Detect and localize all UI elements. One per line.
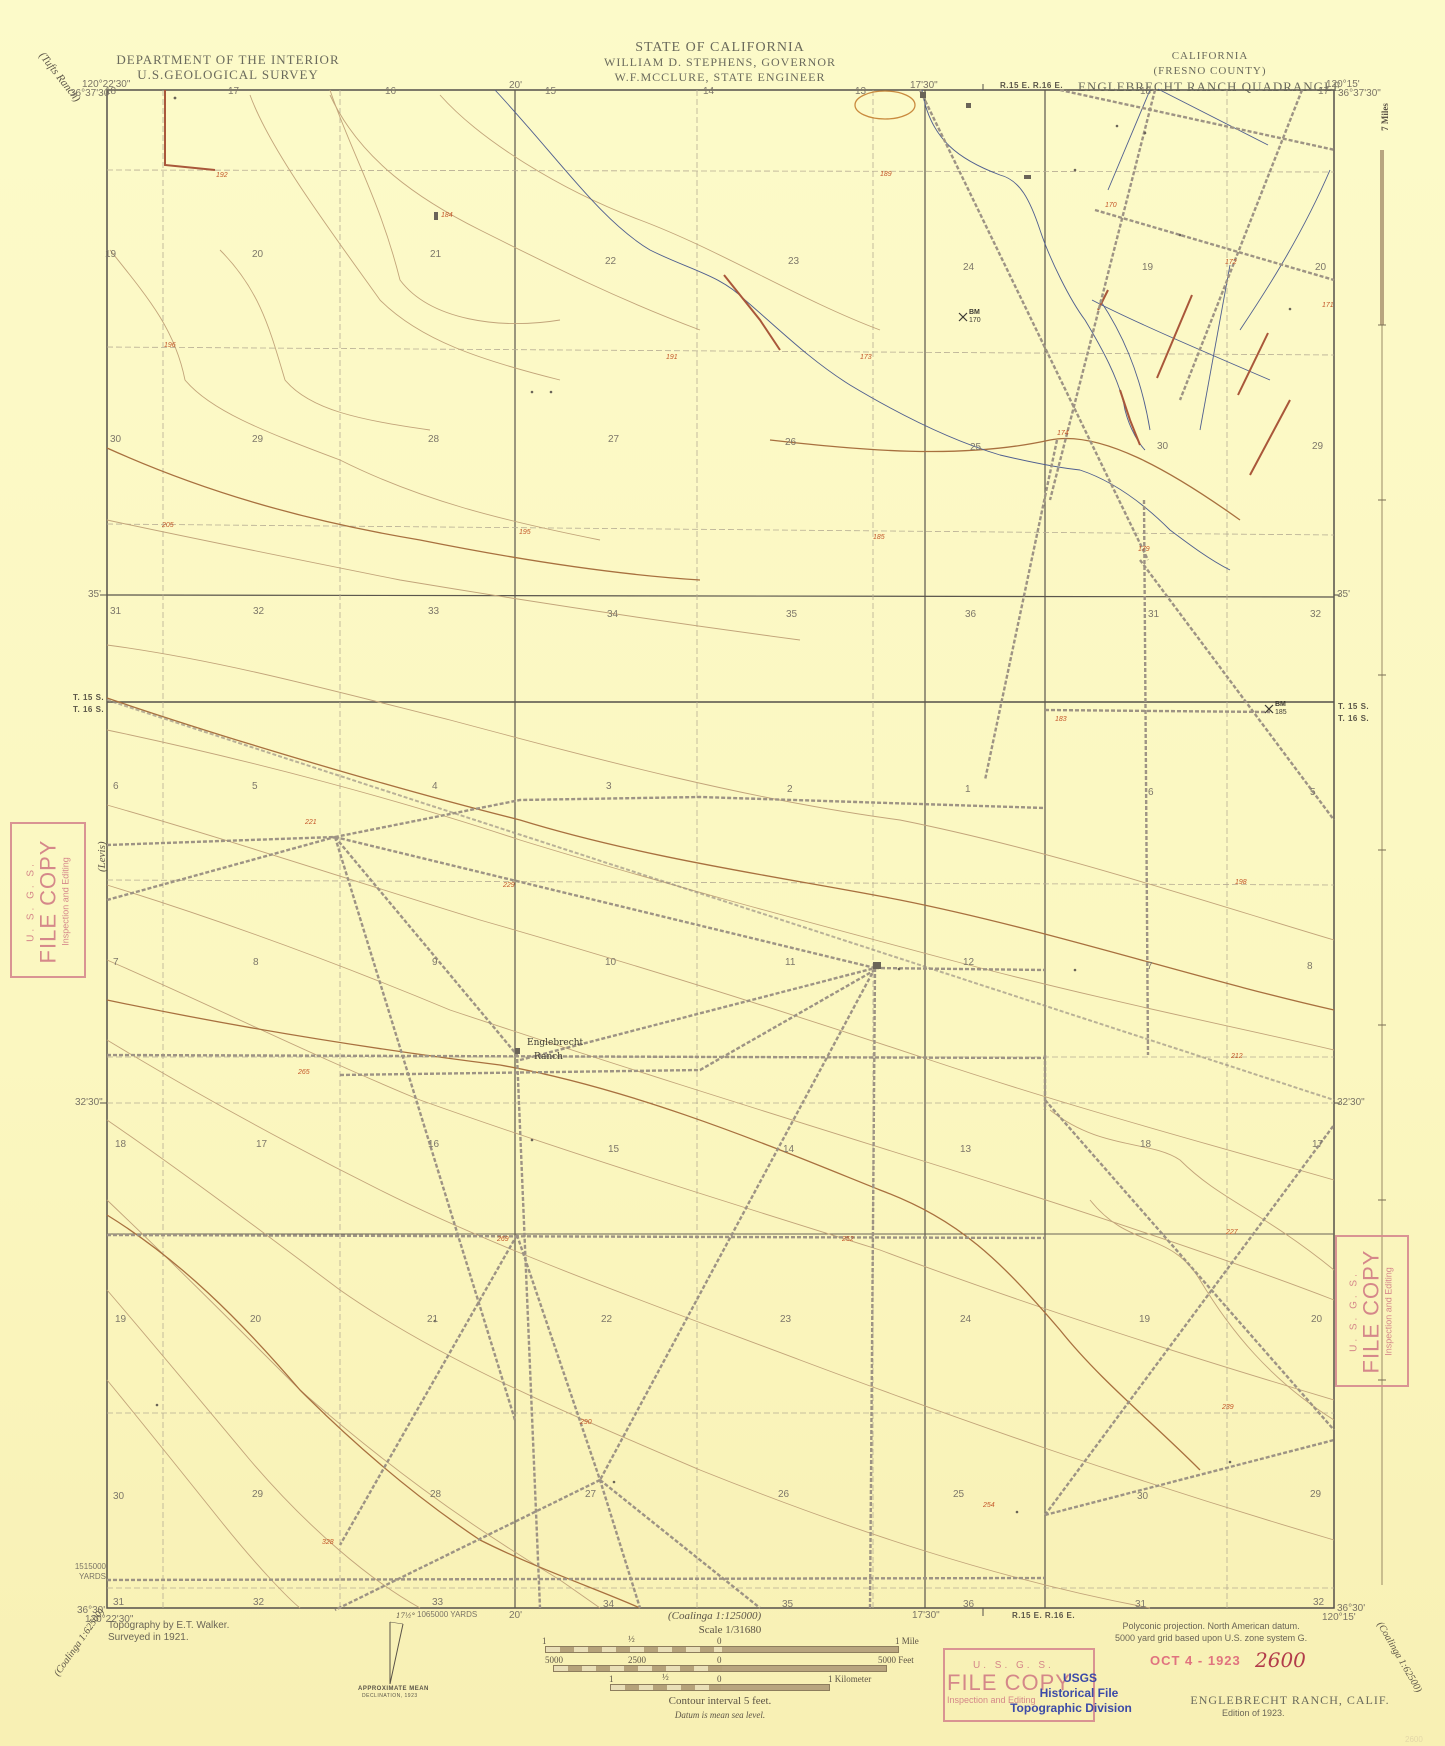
top-tick-20: 20' <box>509 80 522 91</box>
left-tick-35: 35' <box>88 589 101 600</box>
section-number: 16 <box>385 86 396 97</box>
projection-note: Polyconic projection. North American dat… <box>1115 1620 1307 1644</box>
stamp-inspection-text: Inspection and Editing <box>61 826 71 978</box>
se-longitude: 120°15' <box>1322 1612 1356 1623</box>
side-scale-label: 7 Miles <box>1380 103 1390 131</box>
section-number: 4 <box>432 781 438 792</box>
section-number: 12 <box>963 957 974 968</box>
section-number: 13 <box>960 1144 971 1155</box>
section-number: 30 <box>1157 441 1168 452</box>
spot-elevation: 265 <box>298 1069 310 1076</box>
section-number: 23 <box>788 256 799 267</box>
right-tick-35: 35' <box>1337 589 1350 600</box>
top-tick-17-30: 17'30" <box>910 80 938 91</box>
benchmark: BM170 <box>969 309 981 325</box>
section-number: 17 <box>256 1139 267 1150</box>
ne-latitude: 36°37'30" <box>1338 88 1381 99</box>
spot-elevation: 221 <box>305 819 317 826</box>
section-number: 7 <box>1147 961 1153 972</box>
section-number: 7 <box>113 957 119 968</box>
section-number: 3 <box>606 781 612 792</box>
header-governor: WILLIAM D. STEPHENS, GOVERNOR <box>585 55 855 70</box>
section-number: 14 <box>703 86 714 97</box>
contour-interval: Contour interval 5 feet. <box>600 1695 840 1707</box>
section-number: 27 <box>608 434 619 445</box>
spot-elevation: 227 <box>1226 1229 1238 1236</box>
section-number: 29 <box>252 434 263 445</box>
range-bottom: R.15 E. R.16 E. <box>1012 1611 1075 1620</box>
section-number: 20 <box>1311 1314 1322 1325</box>
spot-elevation: 290 <box>580 1419 592 1426</box>
declination-caption-2: DECLINATION, 1923 <box>362 1693 418 1699</box>
section-number: 20 <box>250 1314 261 1325</box>
section-number: 25 <box>953 1489 964 1500</box>
spot-elevation: 170 <box>1105 202 1117 209</box>
section-number: 33 <box>432 1597 443 1608</box>
spot-elevation: 239 <box>1222 1404 1234 1411</box>
spot-elevation: 252 <box>842 1236 854 1243</box>
left-tick-32-30: 32'30" <box>75 1097 103 1108</box>
section-number: 19 <box>1139 1314 1150 1325</box>
benchmark: BM185 <box>1275 701 1287 717</box>
section-number: 24 <box>963 262 974 273</box>
township-right-15: T. 15 S. <box>1338 702 1369 711</box>
section-number: 27 <box>585 1489 596 1500</box>
section-number: 32 <box>253 606 264 617</box>
credit-surveyed: Surveyed in 1921. <box>108 1632 229 1644</box>
township-right-16: T. 16 S. <box>1338 714 1369 723</box>
spot-elevation: 195 <box>519 529 531 536</box>
feet-left: 5000 <box>545 1655 563 1665</box>
section-number: 32 <box>1313 1597 1324 1608</box>
section-number: 18 <box>115 1139 126 1150</box>
faint-sheet-number: 2600 <box>1405 1735 1423 1744</box>
feet-right: 5000 Feet <box>878 1655 914 1665</box>
section-number: 29 <box>1312 441 1323 452</box>
grid-label-left: 1515000 YARDS <box>72 1562 106 1582</box>
spot-elevation: 183 <box>1055 716 1067 723</box>
file-copy-stamp-right: U. S. G. S. FILE COPY Inspection and Edi… <box>1335 1235 1409 1387</box>
spot-elevation: 172 <box>1225 259 1237 266</box>
section-number: 14 <box>783 1144 794 1155</box>
section-number: 6 <box>1148 787 1154 798</box>
section-number: 15 <box>545 86 556 97</box>
section-number: 8 <box>253 957 259 968</box>
section-number: 15 <box>608 1144 619 1155</box>
section-number: 36 <box>963 1599 974 1610</box>
township-left-15: T. 15 S. <box>73 693 104 702</box>
section-number: 30 <box>113 1491 124 1502</box>
section-number: 21 <box>430 249 441 260</box>
spot-elevation: 192 <box>216 172 228 179</box>
spot-elevation: 269 <box>497 1236 509 1243</box>
quadrangle-title: ENGLEBRECHT RANCH QUADRANGLE <box>1060 79 1360 94</box>
header-left: DEPARTMENT OF THE INTERIOR U.S.GEOLOGICA… <box>108 52 348 82</box>
bottom-tick-20: 20' <box>509 1610 522 1621</box>
section-number: 29 <box>1310 1489 1321 1500</box>
historical-file-stamp: USGS Historical File Topographic Divisio… <box>1006 1671 1136 1716</box>
section-number: 18 <box>1140 1139 1151 1150</box>
section-number: 16 <box>428 1139 439 1150</box>
spot-elevation: 229 <box>503 882 515 889</box>
section-number: 2 <box>787 784 793 795</box>
section-number: 9 <box>432 957 438 968</box>
spot-elevation: 179 <box>1138 546 1150 553</box>
section-number: 24 <box>960 1314 971 1325</box>
bottom-tick-17-30: 17'30" <box>912 1610 940 1621</box>
spot-elevation: 174 <box>1057 430 1069 437</box>
stamp-file-copy-text: FILE COPY <box>37 826 61 978</box>
sheet-title: ENGLEBRECHT RANCH, CALIF. <box>1175 1693 1405 1708</box>
header-county: (FRESNO COUNTY) <box>1060 64 1360 79</box>
scale-bar-miles <box>545 1646 899 1653</box>
section-number: 31 <box>1135 1599 1146 1610</box>
datum-note: Datum is mean sea level. <box>600 1710 840 1720</box>
historical-stamp-file: Historical File <box>1006 1686 1136 1701</box>
file-copy-stamp-left: U. S. G. S. FILE COPY Inspection and Edi… <box>10 822 86 978</box>
header-state: STATE OF CALIFORNIA <box>585 40 855 55</box>
scale-title: Scale 1/31680 <box>530 1624 930 1636</box>
header-state-right: CALIFORNIA <box>1060 49 1360 64</box>
section-number: 1 <box>965 784 971 795</box>
declination-angle: 17½° <box>396 1612 415 1620</box>
section-number: 13 <box>855 86 866 97</box>
miles-left: 1 <box>542 1636 547 1646</box>
section-number: 8 <box>1307 961 1313 972</box>
adjacent-sheet-south: (Coalinga 1:125000) <box>668 1610 761 1622</box>
credit-topography: Topography by E.T. Walker. <box>108 1620 229 1632</box>
projection-line-2: 5000 yard grid based upon U.S. zone syst… <box>1115 1632 1307 1644</box>
section-number: 33 <box>428 606 439 617</box>
header-right: CALIFORNIA (FRESNO COUNTY) ENGLEBRECHT R… <box>1060 49 1360 94</box>
township-left-16: T. 16 S. <box>73 705 104 714</box>
historical-stamp-division: Topographic Division <box>1006 1701 1136 1716</box>
section-number: 20 <box>1315 262 1326 273</box>
section-number: 22 <box>601 1314 612 1325</box>
section-number: 29 <box>252 1489 263 1500</box>
section-number: 19 <box>115 1314 126 1325</box>
spot-elevation: 212 <box>1231 1053 1243 1060</box>
km-zero: 0 <box>717 1674 722 1684</box>
miles-half: ½ <box>628 1634 635 1644</box>
section-number: 30 <box>1137 1491 1148 1502</box>
section-number: 34 <box>603 1599 614 1610</box>
km-left: 1 <box>609 1674 614 1684</box>
spot-elevation: 205 <box>162 522 174 529</box>
handwritten-number: 2600 <box>1255 1648 1306 1672</box>
declination-caption-1: APPROXIMATE MEAN <box>358 1686 429 1692</box>
section-number: 22 <box>605 256 616 267</box>
section-number: 28 <box>430 1489 441 1500</box>
miles-zero: 0 <box>717 1636 722 1646</box>
north-arrow-icon <box>360 1618 430 1688</box>
section-number: 32 <box>253 1597 264 1608</box>
stamp-file-copy-text: FILE COPY <box>1360 1238 1384 1386</box>
section-number: 31 <box>110 606 121 617</box>
place-name-label: Englebrecht <box>527 1038 583 1048</box>
feet-mid: 2500 <box>628 1655 646 1665</box>
received-date-stamp: OCT 4 - 1923 <box>1150 1653 1241 1668</box>
header-department: DEPARTMENT OF THE INTERIOR <box>108 52 348 67</box>
credits: Topography by E.T. Walker. Surveyed in 1… <box>108 1620 229 1644</box>
section-number: 17 <box>228 86 239 97</box>
section-number: 11 <box>785 957 795 968</box>
section-number: 26 <box>778 1489 789 1500</box>
right-tick-32-30: 32'30" <box>1337 1097 1365 1108</box>
historical-stamp-usgs: USGS <box>1006 1671 1136 1686</box>
section-number: 5 <box>252 781 258 792</box>
section-number: 25 <box>970 442 981 453</box>
spot-elevation: 254 <box>983 1502 995 1509</box>
section-number: 31 <box>113 1597 124 1608</box>
section-number: 20 <box>252 249 263 260</box>
scale-bar-km <box>610 1684 830 1691</box>
spot-elevation: 184 <box>441 212 453 219</box>
section-number: 31 <box>1148 609 1159 620</box>
spot-elevation: 191 <box>666 354 678 361</box>
spot-elevation: 196 <box>164 342 176 349</box>
km-right: 1 Kilometer <box>828 1674 871 1684</box>
scale-bar-feet <box>553 1665 887 1672</box>
place-name-label: Ranch <box>534 1052 563 1062</box>
section-number: 5 <box>1310 787 1316 798</box>
range-top: R.15 E. R.16 E. <box>1000 81 1063 90</box>
section-number: 34 <box>607 609 618 620</box>
section-number: 23 <box>780 1314 791 1325</box>
header-engineer: W.F.MCCLURE, STATE ENGINEER <box>585 70 855 85</box>
section-number: 35 <box>786 609 797 620</box>
scale-block: Scale 1/31680 <box>530 1624 930 1636</box>
section-number: 10 <box>605 957 616 968</box>
spot-elevation: 198 <box>1235 879 1247 886</box>
section-number: 32 <box>1310 609 1321 620</box>
adjacent-sheet-west: (Levis) <box>96 841 108 872</box>
section-number: 17 <box>1312 1139 1323 1150</box>
header-center: STATE OF CALIFORNIA WILLIAM D. STEPHENS,… <box>585 40 855 85</box>
km-half: ½ <box>662 1672 669 1682</box>
edition-note: Edition of 1923. <box>1222 1708 1285 1718</box>
section-number: 6 <box>113 781 119 792</box>
spot-elevation: 189 <box>880 171 892 178</box>
header-survey: U.S.GEOLOGICAL SURVEY <box>108 67 348 82</box>
section-number: 36 <box>965 609 976 620</box>
declination-diagram: 17½° APPROXIMATE MEAN DECLINATION, 1923 <box>360 1618 430 1738</box>
spot-elevation: 328 <box>322 1539 334 1546</box>
section-number: 35 <box>782 1599 793 1610</box>
feet-zero: 0 <box>717 1655 722 1665</box>
spot-elevation: 185 <box>873 534 885 541</box>
section-number: 28 <box>428 434 439 445</box>
section-number: 19 <box>105 249 116 260</box>
projection-line-1: Polyconic projection. North American dat… <box>1115 1620 1307 1632</box>
section-number: 30 <box>110 434 121 445</box>
spot-elevation: 171 <box>1322 302 1334 309</box>
spot-elevation: 173 <box>860 354 872 361</box>
section-number: 21 <box>427 1314 438 1325</box>
miles-right: 1 Mile <box>895 1636 919 1646</box>
stamp-inspection-text: Inspection and Editing <box>1384 1238 1394 1386</box>
nw-latitude: 36°37'30" <box>70 88 113 99</box>
section-number: 26 <box>785 437 796 448</box>
section-number: 19 <box>1142 262 1153 273</box>
